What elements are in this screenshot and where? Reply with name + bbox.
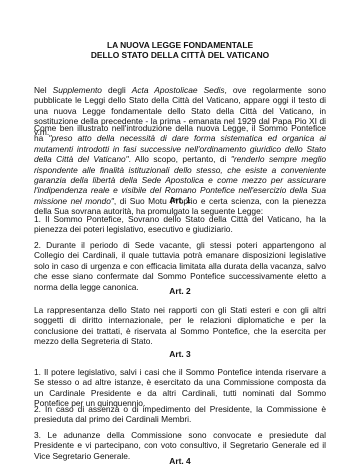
article-1-heading: Art. 1	[34, 195, 326, 205]
article-3-heading: Art. 3	[34, 349, 326, 359]
document-title-line2: DELLO STATO DELLA CITTÀ DEL VATICANO	[34, 50, 326, 60]
article-4-heading: Art. 4	[34, 456, 326, 466]
article-3-paragraph-1: 1. Il potere legislativo, salvi i casi c…	[34, 367, 326, 409]
article-2-paragraph-1: La rappresentanza dello Stato nei rappor…	[34, 305, 326, 347]
article-2-heading: Art. 2	[34, 286, 326, 296]
article-1-paragraph-1: 1. Il Sommo Pontefice, Sovrano dello Sta…	[34, 214, 326, 235]
article-3-paragraph-2: 2. In caso di assenza o di impedimento d…	[34, 404, 326, 425]
article-1-paragraph-2: 2. Durante il periodo di Sede vacante, g…	[34, 240, 326, 292]
document-title-line1: LA NUOVA LEGGE FONDAMENTALE	[34, 40, 326, 50]
